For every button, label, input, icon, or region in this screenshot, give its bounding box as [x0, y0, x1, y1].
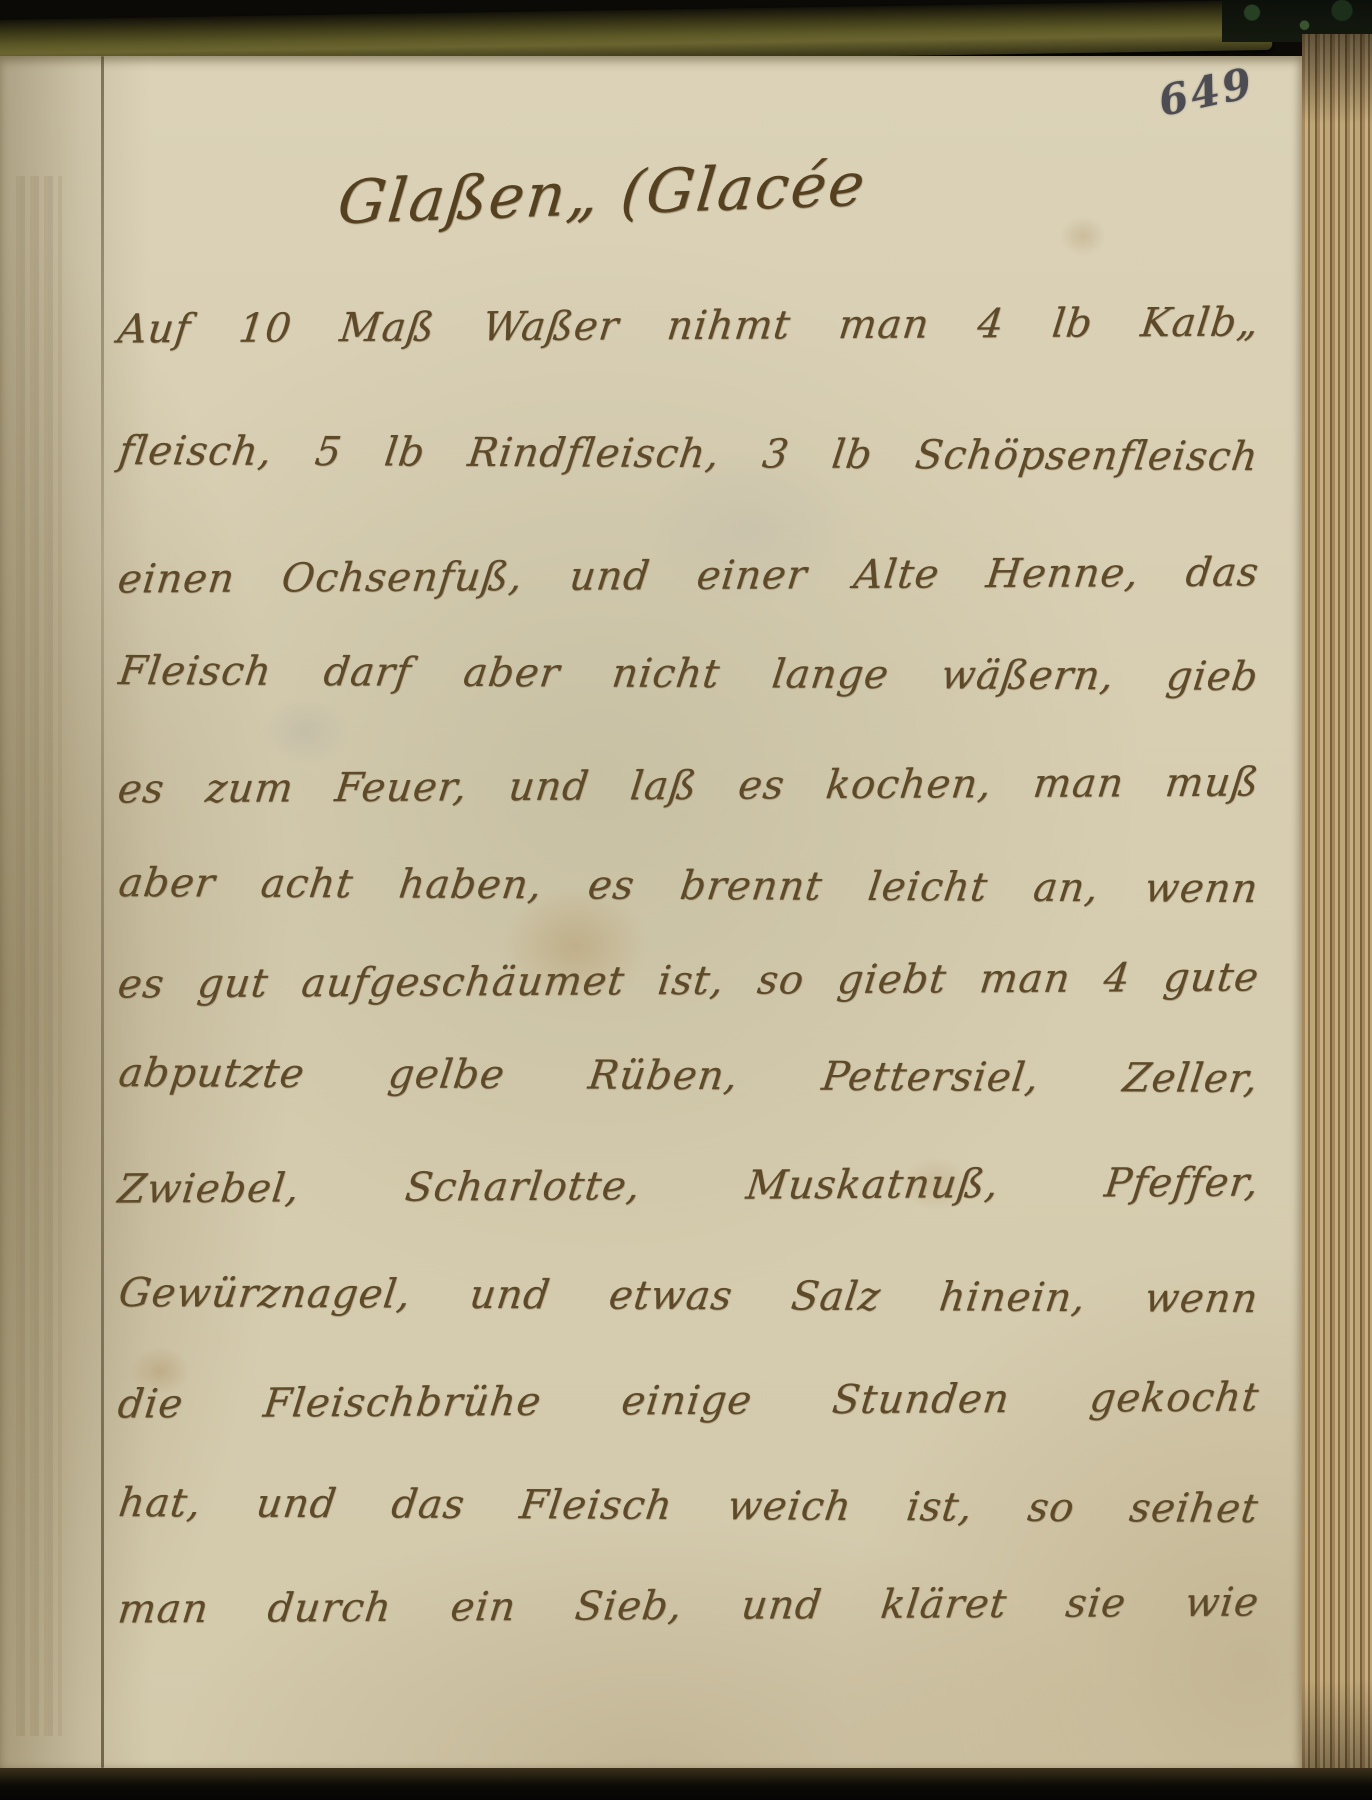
manuscript-scan: 649 Glaßen„ (Glacée Auf 10 Maß Waßer nih…	[0, 0, 1372, 1800]
manuscript-line: Zwiebel, Scharlotte, Muskatnuß, Pfeffer,	[113, 1152, 1262, 1231]
manuscript-line: Auf 10 Maß Waßer nihmt man 4 lb Kalb„	[113, 292, 1262, 371]
recipe-title: Glaßen„ (Glacée	[334, 148, 921, 239]
manuscript-line: es gut aufgeschäumet ist, so giebt man 4…	[113, 947, 1262, 1026]
manuscript-line: fleisch, 5 lb Rindfleisch, 3 lb Schöpsen…	[114, 420, 1262, 498]
manuscript-line: Gewürznagel, und etwas Salz hinein, wenn	[114, 1262, 1262, 1340]
manuscript-line: abputzte gelbe Rüben, Pettersiel, Zeller…	[114, 1042, 1262, 1120]
manuscript-line: hat, und das Fleisch weich ist, so seihe…	[114, 1472, 1262, 1550]
manuscript-line: es zum Feuer, und laß es kochen, man muß	[113, 752, 1262, 831]
handwriting-layer: 649 Glaßen„ (Glacée Auf 10 Maß Waßer nih…	[0, 0, 1372, 1800]
manuscript-line: Fleisch darf aber nicht lange wäßern, gi…	[114, 640, 1262, 718]
manuscript-line: die Fleischbrühe einige Stunden gekocht	[113, 1367, 1262, 1446]
manuscript-line: man durch ein Sieb, und kläret sie wie	[113, 1572, 1262, 1651]
manuscript-line: einen Ochsenfuß, und einer Alte Henne, d…	[113, 542, 1262, 621]
scanner-bottom-edge	[0, 1768, 1372, 1800]
page-number: 649	[1154, 55, 1272, 126]
manuscript-line: aber acht haben, es brennt leicht an, we…	[114, 852, 1262, 930]
